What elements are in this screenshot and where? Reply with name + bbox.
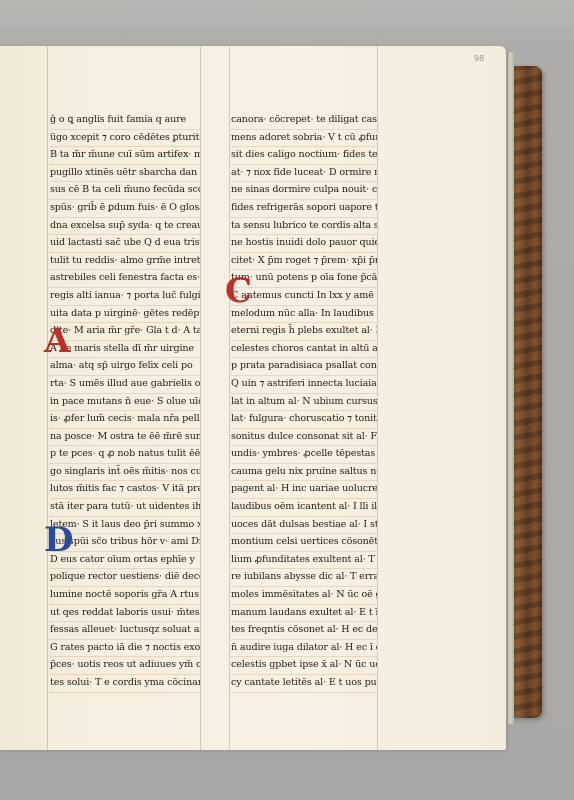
text-line: tum· unū potens p oīa fone p̄cātes trini… xyxy=(231,270,377,288)
text-line: spūs· grib̄ ē ꝑdum fuis· ē O glosa xyxy=(50,200,200,218)
text-line: laudibus oēm icantent al· I lli illic xyxy=(231,499,377,517)
text-line: sus cē B ta celi m̄uno fecūda sco xyxy=(50,182,200,200)
text-line: n̄ audire iuga dilator al· H ec ī celme xyxy=(231,640,377,658)
text-line: p te pces· q ꝓ nob natus tulit ēē tuus· … xyxy=(50,446,200,464)
text-line: is· ꝓfer lum̄ cecis· mala nr̄a pelle bo xyxy=(50,411,200,429)
decorated-initial-a: A xyxy=(44,324,70,358)
text-line: at· ⁊ nox fide luceat· D ormire mentē xyxy=(231,165,377,183)
text-line: lumine noctē soporis gr̄a A rtus solutos xyxy=(50,587,200,605)
text-line: moles immēsitates al· N ūc oē ge hu xyxy=(231,587,377,605)
ruling-line xyxy=(377,46,378,750)
ruling-line xyxy=(200,46,201,750)
text-line: celestes choros cantat in altū al· H ec … xyxy=(231,341,377,359)
text-line: pugillo xtinēs uētr sbarcha dan xyxy=(50,165,200,183)
book-binding-spine xyxy=(510,66,542,718)
text-line: dite· M aria m̄r gr̄e· Gla t d· A ta xyxy=(50,323,200,341)
text-line: pagent al· H inc uariae uolucres cātorē xyxy=(231,481,377,499)
text-line: polique rector uestiens· diē decoro xyxy=(50,569,200,587)
manuscript-page: 98 ĝ o ꝗ anglis fuit famia q aureügo xce… xyxy=(0,46,506,750)
text-line: tes freqntis cōsonet al· H ec demqz xyxy=(231,622,377,640)
text-line: p̄ces· uotis reos ut adiuues ym̄ canē xyxy=(50,657,200,675)
text-line: tes solui· T e cordis yma cōcinant te uo… xyxy=(50,675,200,693)
text-line: B ta m̄r m̄une cuī sūm artifex· mū xyxy=(50,147,200,165)
text-line: ut qes reddat laboris usui· m̄tesqz xyxy=(50,605,200,623)
text-line: astrebiles celi fenestra facta es· Tu xyxy=(50,270,200,288)
right-text-column: canora· cōcrepet· te diligat castr amor·… xyxy=(231,112,377,693)
decorated-initial-d: D xyxy=(44,523,73,557)
ruling-line xyxy=(229,46,230,750)
text-line: celestis gpbet ipse x̄ al· N ūc uos oso xyxy=(231,657,377,675)
ruling-line xyxy=(47,46,48,750)
text-line: melodum nūc alla· In laudibus xyxy=(231,306,377,324)
text-line: canora· cōcrepet· te diligat castr amor·… xyxy=(231,112,377,130)
left-text-column: ĝ o ꝗ anglis fuit famia q aureügo xcepit… xyxy=(50,112,200,693)
text-line: undis· ymbres· ꝓcelle tēpestas ⁊ serenit… xyxy=(231,446,377,464)
text-line: cy cantate letitēs al· E t uos pueruli xyxy=(231,675,377,693)
text-line: ta sensu lubrico te cordis alta somnient… xyxy=(231,218,377,236)
folio-number: 98 xyxy=(474,54,484,63)
text-line: p prata paradisiaca psallat concentus al… xyxy=(231,358,377,376)
text-line: A ue maris stella dī m̄r uirgine xyxy=(50,341,200,359)
text-line: fides refrigerās sopori uapore temperet·… xyxy=(231,200,377,218)
text-line: fessas alleuet· luctusqz soluat anxios xyxy=(50,622,200,640)
text-line: lutos m̄itis fac ⁊ castos· V itā pra xyxy=(50,481,200,499)
text-line: regis alti ianua· ⁊ porta luc̄ fulgida· xyxy=(50,288,200,306)
text-line: montium celsi uertices cōsonēt al· I lli… xyxy=(231,534,377,552)
text-line: ĝ o ꝗ anglis fuit famia q aure xyxy=(50,112,200,130)
text-line: sit dies caligo noctium· fides tenebr ne… xyxy=(231,147,377,165)
text-line: uoces dāt dulsas bestiae al· I stinc xyxy=(231,517,377,535)
text-line: lat· fulgura· choruscatio ⁊ tonitruorum xyxy=(231,411,377,429)
text-line: lium ꝓfunditates exultent al· T ergi ma xyxy=(231,552,377,570)
text-line: go singlaris int̄ oēs m̄itis· nos culpis… xyxy=(50,464,200,482)
text-line: rta· S umēs illud aue gabrielis ore fūda… xyxy=(50,376,200,394)
text-line: alma· atq sp̄ uirgo felix celi po xyxy=(50,358,200,376)
text-line: manum laudans exultet al· E t ītoiq xyxy=(231,605,377,623)
text-line: na posce· M ostra te ēē m̄rē sumat xyxy=(50,429,200,447)
text-line: tulit tu reddis· almo grm̄e intret ut xyxy=(50,253,200,271)
text-line: uid lactasti sac̄ ube Q d eua tristis xyxy=(50,235,200,253)
text-line: Q uin ⁊ astriferi innecta luciaia iubi xyxy=(231,376,377,394)
text-line: lat in altum al· N ubium cursus uētorum … xyxy=(231,394,377,412)
text-line: citet· X p̄m roget ⁊ p̄rem· xp̄i p̄risqz… xyxy=(231,253,377,271)
text-line: ne sinas dormire culpa nouit· castos xyxy=(231,182,377,200)
decorated-initial-c: C xyxy=(225,274,252,308)
text-line: sonitus dulce consonat sit al· F luctus … xyxy=(231,429,377,447)
text-line: ne hostis inuidi dolo pauor quietos sus xyxy=(231,235,377,253)
text-line: cauma gelu nix pruine saltus nemora xyxy=(231,464,377,482)
text-line: re iubilans abysse dic al· T errarū trax xyxy=(231,569,377,587)
text-line: stā iter para tutū· ut uidentes ihm̄ sp̄… xyxy=(50,499,200,517)
text-line: dna excelsa sup̄ syda· q te creauit p xyxy=(50,218,200,236)
text-line: eterni regis h̄ plebs exultet al· H ec d… xyxy=(231,323,377,341)
text-line: mens adoret sobria· V t cū ꝓfunda clau xyxy=(231,130,377,148)
text-line: G rates pacto iā die ⁊ noctis exortu xyxy=(50,640,200,658)
text-line: C antemus cuncti In lxx y amē xyxy=(231,288,377,306)
text-line: uita data p uirginē· gētes redēpte plau xyxy=(50,306,200,324)
text-line: in pace mutans n̄ eue· S olue uīcla re xyxy=(50,394,200,412)
text-line: ügo xcepit ⁊ coro cēdētes ꝑturit xyxy=(50,130,200,148)
